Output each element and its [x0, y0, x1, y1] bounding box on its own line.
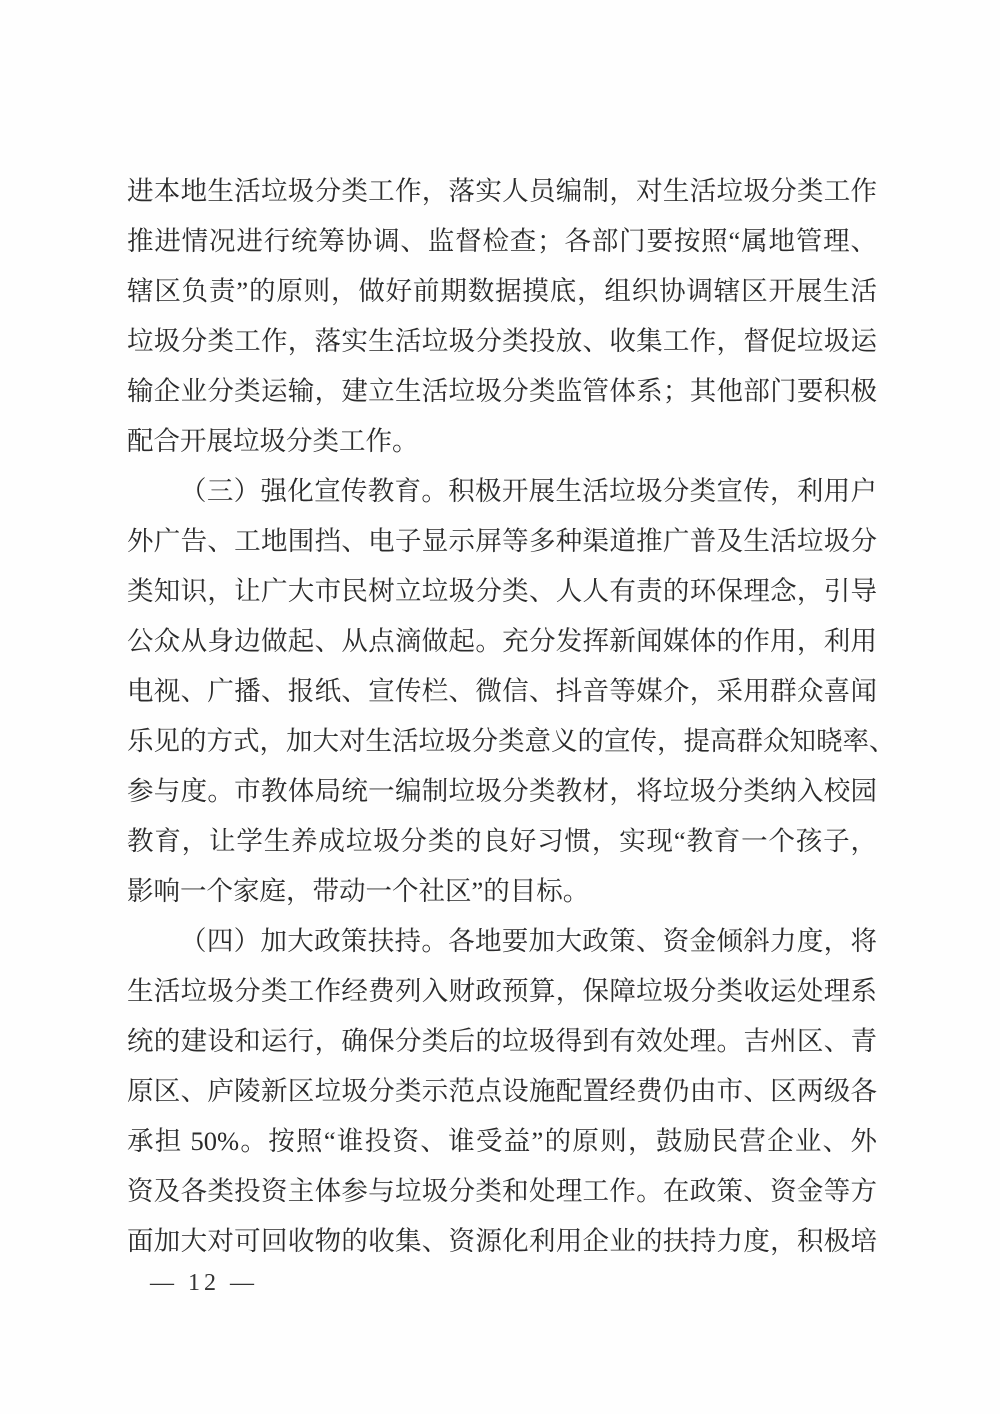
- text-line: 原区、庐陵新区垃圾分类示范点设施配置经费仍由市、区两级各: [127, 1066, 877, 1116]
- document-page: 进本地生活垃圾分类工作，落实人员编制，对生活垃圾分类工作推进情况进行统筹协调、监…: [0, 0, 1000, 1414]
- text-line: 资及各类投资主体参与垃圾分类和处理工作。在政策、资金等方: [127, 1166, 877, 1216]
- text-line: 辖区负责”的原则，做好前期数据摸底，组织协调辖区开展生活: [127, 266, 877, 316]
- text-line: 类知识，让广大市民树立垃圾分类、人人有责的环保理念，引导: [127, 566, 877, 616]
- text-line: 输企业分类运输，建立生活垃圾分类监管体系；其他部门要积极: [127, 366, 877, 416]
- text-line: 垃圾分类工作，落实生活垃圾分类投放、收集工作，督促垃圾运: [127, 316, 877, 366]
- text-line: 公众从身边做起、从点滴做起。充分发挥新闻媒体的作用，利用: [127, 616, 877, 666]
- text-line: 推进情况进行统筹协调、监督检查；各部门要按照“属地管理、: [127, 216, 877, 266]
- text-line: 进本地生活垃圾分类工作，落实人员编制，对生活垃圾分类工作: [127, 166, 877, 216]
- page-number: — 12 —: [150, 1263, 258, 1303]
- text-line: 面加大对可回收物的收集、资源化利用企业的扶持力度，积极培: [127, 1216, 877, 1266]
- paragraph: （四）加大政策扶持。各地要加大政策、资金倾斜力度，将生活垃圾分类工作经费列入财政…: [127, 916, 877, 1266]
- text-line: 影响一个家庭，带动一个社区”的目标。: [127, 866, 877, 916]
- text-line: 教育，让学生养成垃圾分类的良好习惯，实现“教育一个孩子，: [127, 816, 877, 866]
- text-line: （三）强化宣传教育。积极开展生活垃圾分类宣传，利用户: [127, 466, 877, 516]
- text-line: 统的建设和运行，确保分类后的垃圾得到有效处理。吉州区、青: [127, 1016, 877, 1066]
- text-line: 参与度。市教体局统一编制垃圾分类教材，将垃圾分类纳入校园: [127, 766, 877, 816]
- document-body: 进本地生活垃圾分类工作，落实人员编制，对生活垃圾分类工作推进情况进行统筹协调、监…: [127, 166, 877, 1266]
- text-line: （四）加大政策扶持。各地要加大政策、资金倾斜力度，将: [127, 916, 877, 966]
- text-line: 乐见的方式，加大对生活垃圾分类意义的宣传，提高群众知晓率、: [127, 716, 877, 766]
- paragraph: （三）强化宣传教育。积极开展生活垃圾分类宣传，利用户外广告、工地围挡、电子显示屏…: [127, 466, 877, 916]
- text-line: 外广告、工地围挡、电子显示屏等多种渠道推广普及生活垃圾分: [127, 516, 877, 566]
- text-line: 电视、广播、报纸、宣传栏、微信、抖音等媒介，采用群众喜闻: [127, 666, 877, 716]
- paragraph: 进本地生活垃圾分类工作，落实人员编制，对生活垃圾分类工作推进情况进行统筹协调、监…: [127, 166, 877, 466]
- text-line: 承担 50%。按照“谁投资、谁受益”的原则，鼓励民营企业、外: [127, 1116, 877, 1166]
- text-line: 配合开展垃圾分类工作。: [127, 416, 877, 466]
- text-line: 生活垃圾分类工作经费列入财政预算，保障垃圾分类收运处理系: [127, 966, 877, 1016]
